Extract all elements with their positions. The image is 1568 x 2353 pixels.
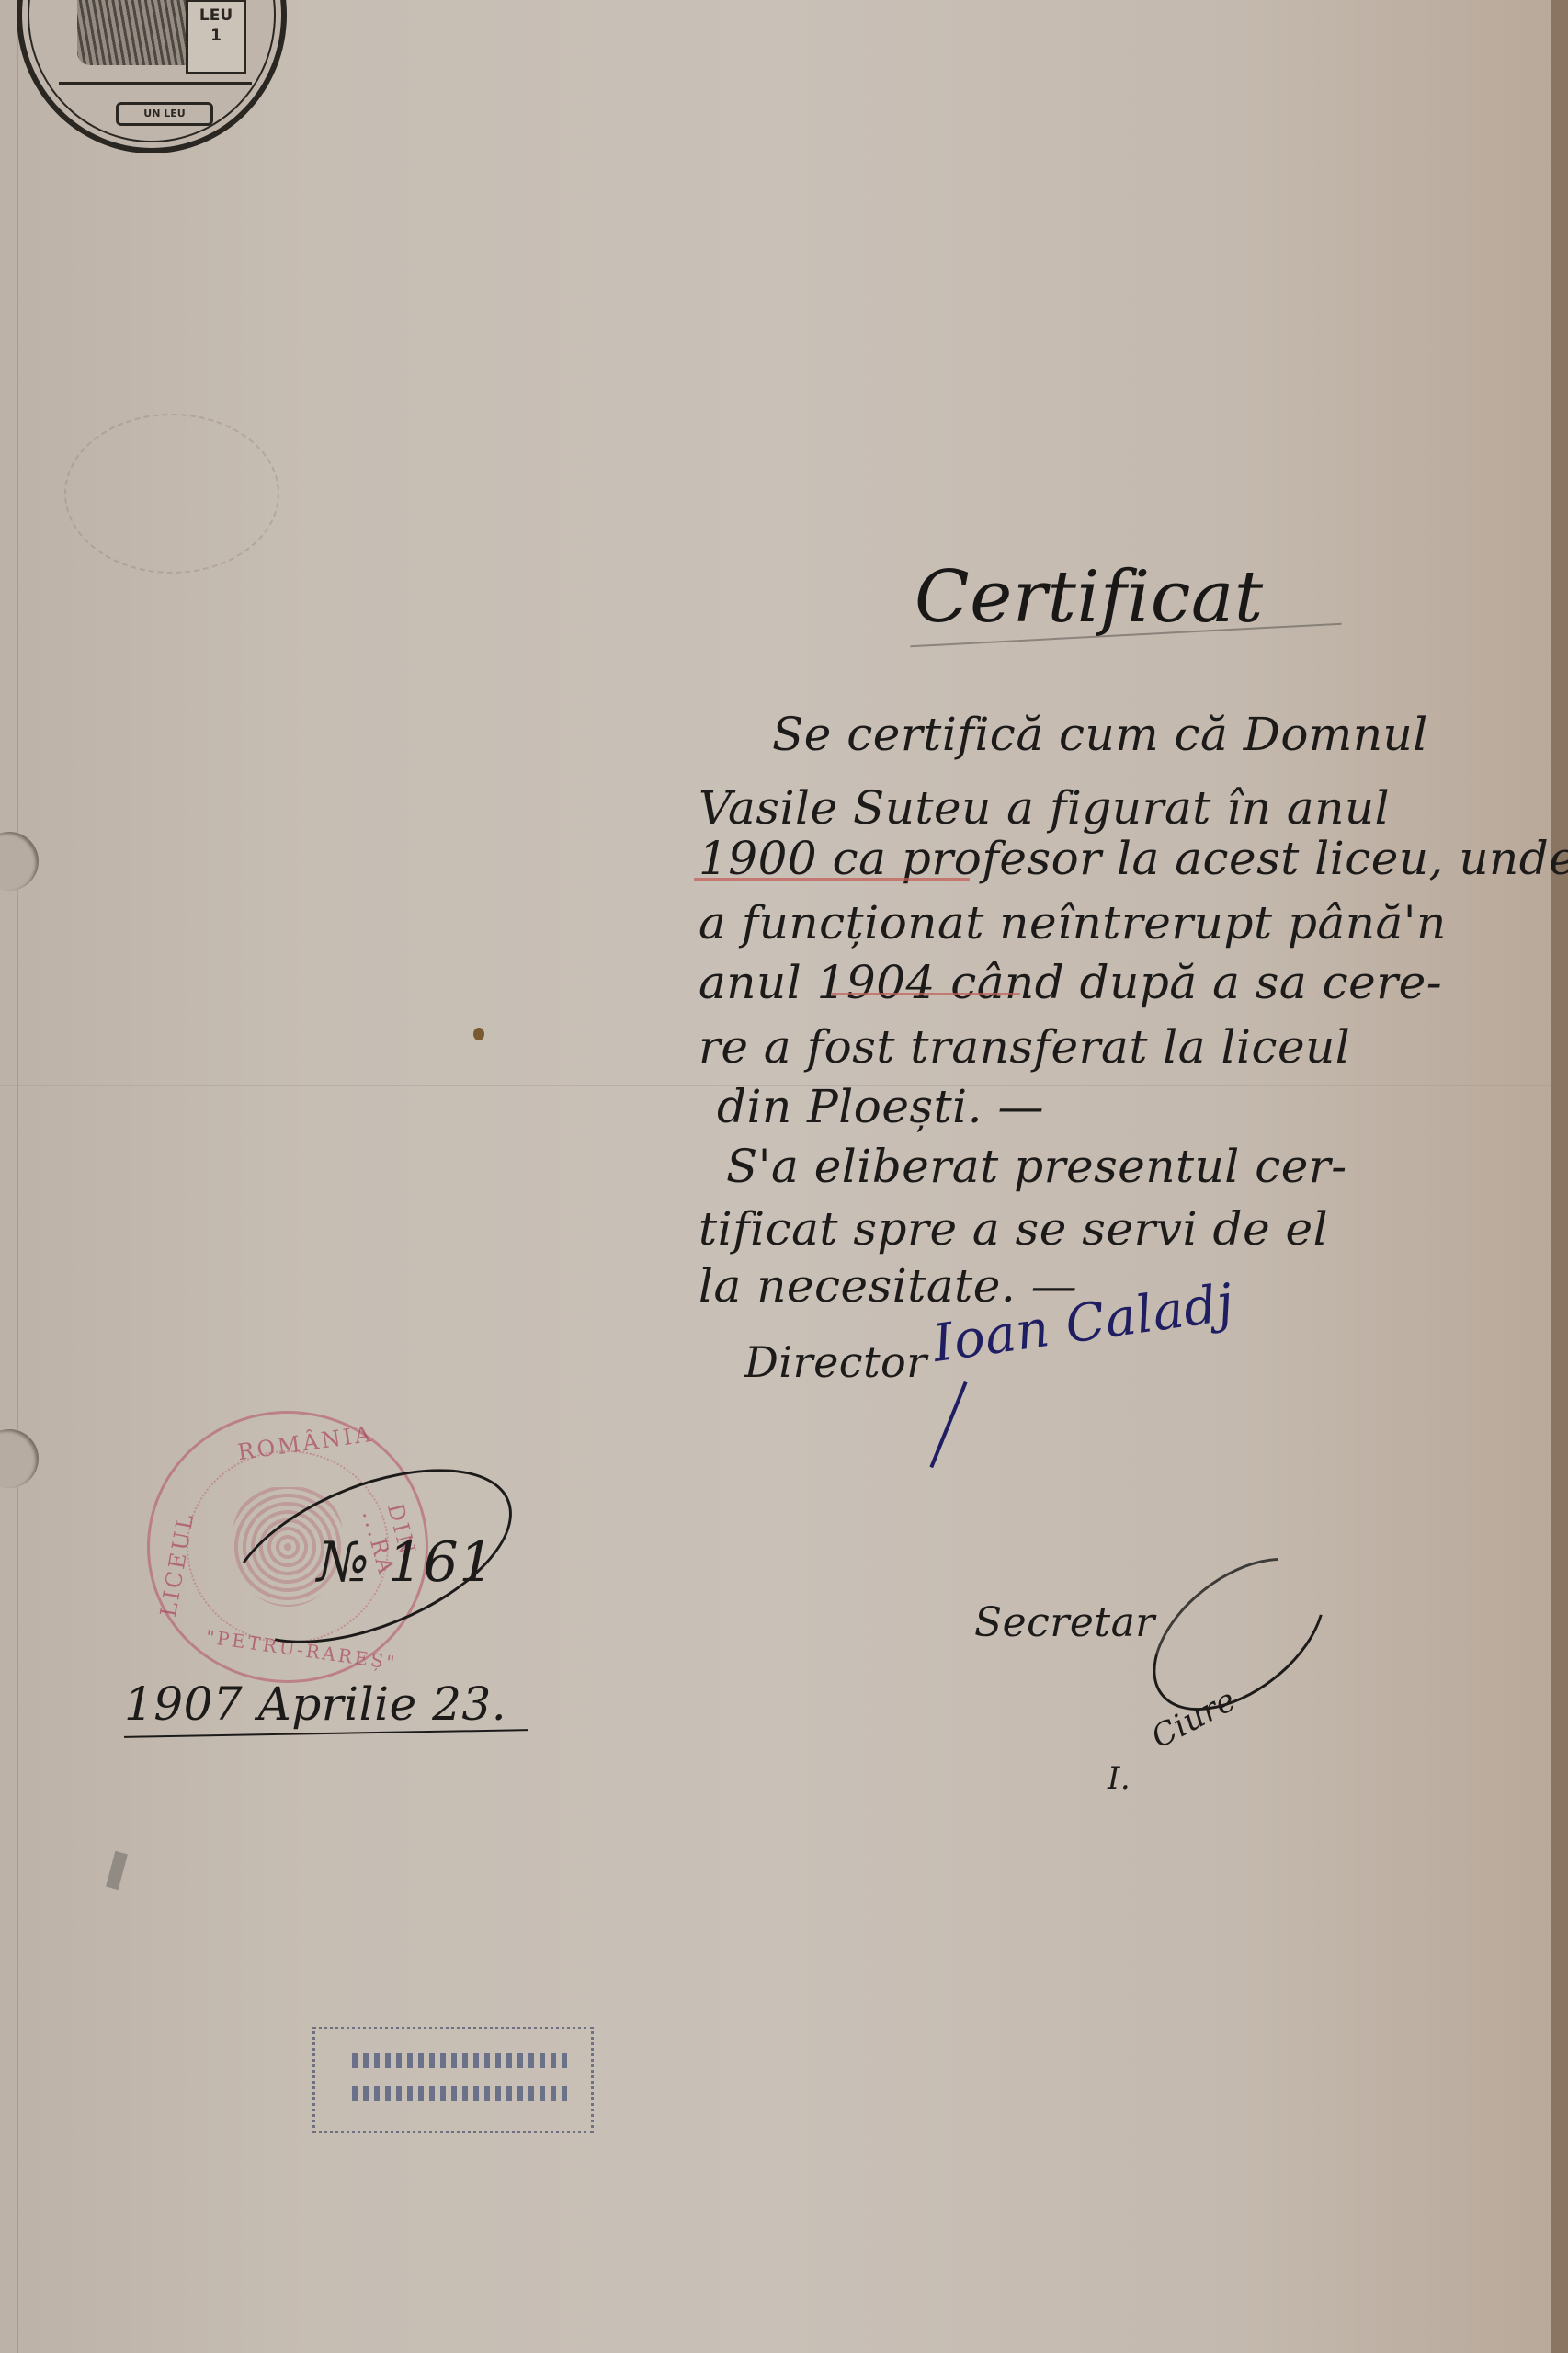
body-line: tificat spre a se servi de el xyxy=(699,1202,1328,1256)
secretary-label: Secretar xyxy=(974,1599,1155,1646)
ink-spot xyxy=(473,1028,484,1040)
punch-hole xyxy=(0,1429,39,1488)
red-underline xyxy=(694,878,970,881)
body-line: re a fost transferat la liceul xyxy=(699,1020,1350,1074)
secretary-initial: I. xyxy=(1108,1760,1131,1797)
body-line: S'a eliberat presentul cer- xyxy=(726,1140,1347,1193)
stamp-value-label: LEU xyxy=(188,6,244,26)
issue-date: 1907 Aprilie 23. xyxy=(124,1677,506,1731)
certificate-title: Certificat xyxy=(915,556,1264,639)
margin-line xyxy=(17,0,18,2353)
stamp-base-line xyxy=(59,82,252,85)
body-line: Vasile Suteu a figurat în anul xyxy=(699,781,1390,835)
document-page: LEU 1 UN LEU Certificat Se certifică cum… xyxy=(0,0,1551,2353)
red-underline xyxy=(832,993,1020,995)
stamp-value-number: 1 xyxy=(188,26,244,46)
ink-mark xyxy=(106,1851,128,1890)
stamp-banner: UN LEU xyxy=(116,102,213,126)
archive-stamp-text-row xyxy=(352,2053,573,2068)
body-line: Se certifică cum că Domnul xyxy=(772,708,1428,761)
signature-stroke xyxy=(929,1381,967,1468)
revenue-stamp-icon: LEU 1 UN LEU xyxy=(17,0,287,153)
body-line: anul 1904 când după a sa cere- xyxy=(699,956,1442,1009)
stamp-value-box: LEU 1 xyxy=(186,0,246,74)
archive-stamp-text-row xyxy=(352,2086,573,2101)
director-label: Director xyxy=(744,1337,927,1387)
body-line: din Ploești. — xyxy=(717,1080,1044,1133)
body-line: a funcționat neîntrerupt până'n xyxy=(699,896,1447,949)
archive-stamp xyxy=(312,2027,594,2133)
punch-hole xyxy=(0,832,39,891)
registration-number: № 161 xyxy=(317,1530,494,1595)
faint-embossed-seal xyxy=(64,414,279,574)
